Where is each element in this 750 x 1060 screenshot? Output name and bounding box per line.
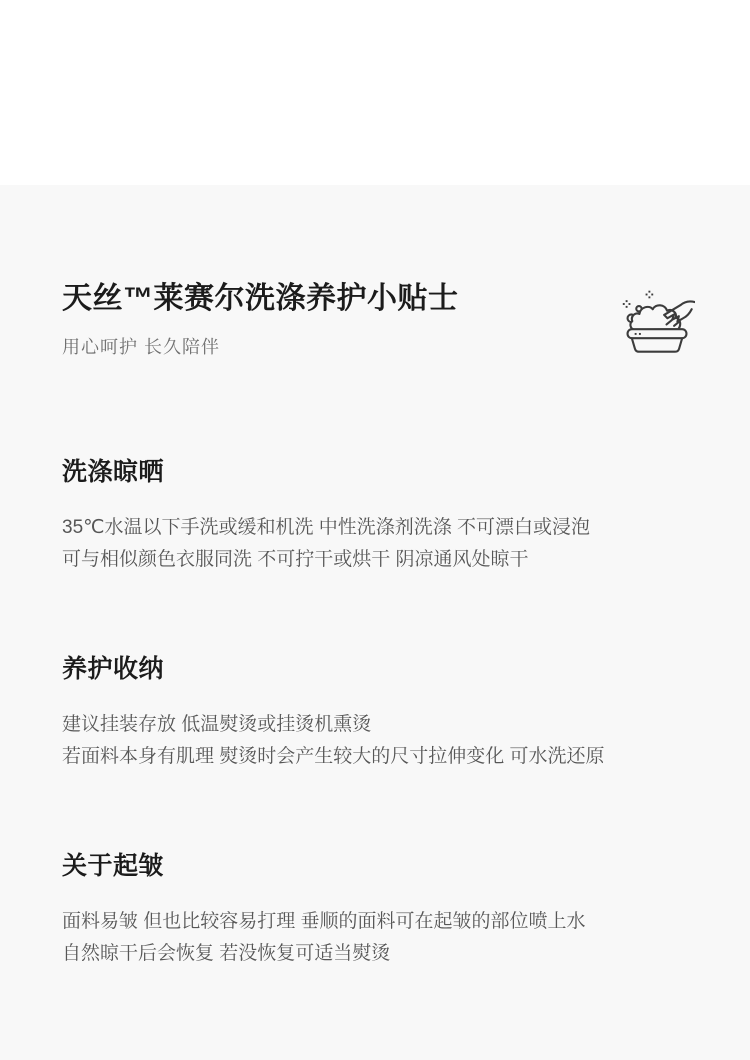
body-line: 若面料本身有肌理 熨烫时会产生较大的尺寸拉伸变化 可水洗还原 xyxy=(62,741,695,773)
header-text-block: 天丝™莱赛尔洗涤养护小贴士 用心呵护 长久陪伴 xyxy=(62,283,459,358)
section-care-storage: 养护收纳 建议挂装存放 低温熨烫或挂烫机熏烫 若面料本身有肌理 熨烫时会产生较大… xyxy=(62,656,695,773)
body-line: 建议挂装存放 低温熨烫或挂烫机熏烫 xyxy=(62,709,695,741)
header: 天丝™莱赛尔洗涤养护小贴士 用心呵护 长久陪伴 xyxy=(62,283,695,364)
page-title: 天丝™莱赛尔洗涤养护小贴士 xyxy=(62,283,459,315)
section-body: 35℃水温以下手洗或缓和机洗 中性洗涤剂洗涤 不可漂白或浸泡 可与相似颜色衣服同… xyxy=(62,512,695,576)
section-body: 建议挂装存放 低温熨烫或挂烫机熏烫 若面料本身有肌理 熨烫时会产生较大的尺寸拉伸… xyxy=(62,709,695,773)
section-about-wrinkles: 关于起皱 面料易皱 但也比较容易打理 垂顺的面料可在起皱的部位喷上水 自然晾干后… xyxy=(62,853,695,970)
body-line: 可与相似颜色衣服同洗 不可拧干或烘干 阴凉通风处晾干 xyxy=(62,544,695,576)
section-heading: 洗涤晾晒 xyxy=(62,459,695,486)
section-heading: 关于起皱 xyxy=(62,853,695,880)
body-line: 35℃水温以下手洗或缓和机洗 中性洗涤剂洗涤 不可漂白或浸泡 xyxy=(62,512,695,544)
section-washing-drying: 洗涤晾晒 35℃水温以下手洗或缓和机洗 中性洗涤剂洗涤 不可漂白或浸泡 可与相似… xyxy=(62,459,695,576)
section-heading: 养护收纳 xyxy=(62,656,695,683)
hand-wash-basin-icon xyxy=(619,287,695,364)
basin-body xyxy=(632,338,682,351)
care-tips-page: 天丝™莱赛尔洗涤养护小贴士 用心呵护 长久陪伴 xyxy=(0,0,750,1060)
page-subtitle: 用心呵护 长久陪伴 xyxy=(62,336,459,358)
hand xyxy=(664,301,695,321)
section-body: 面料易皱 但也比较容易打理 垂顺的面料可在起皱的部位喷上水 自然晾干后会恢复 若… xyxy=(62,906,695,970)
care-tips-panel: 天丝™莱赛尔洗涤养护小贴士 用心呵护 长久陪伴 xyxy=(0,185,750,1060)
body-line: 自然晾干后会恢复 若没恢复可适当熨烫 xyxy=(62,938,695,970)
body-line: 面料易皱 但也比较容易打理 垂顺的面料可在起皱的部位喷上水 xyxy=(62,906,695,938)
top-white-spacer xyxy=(0,0,750,185)
